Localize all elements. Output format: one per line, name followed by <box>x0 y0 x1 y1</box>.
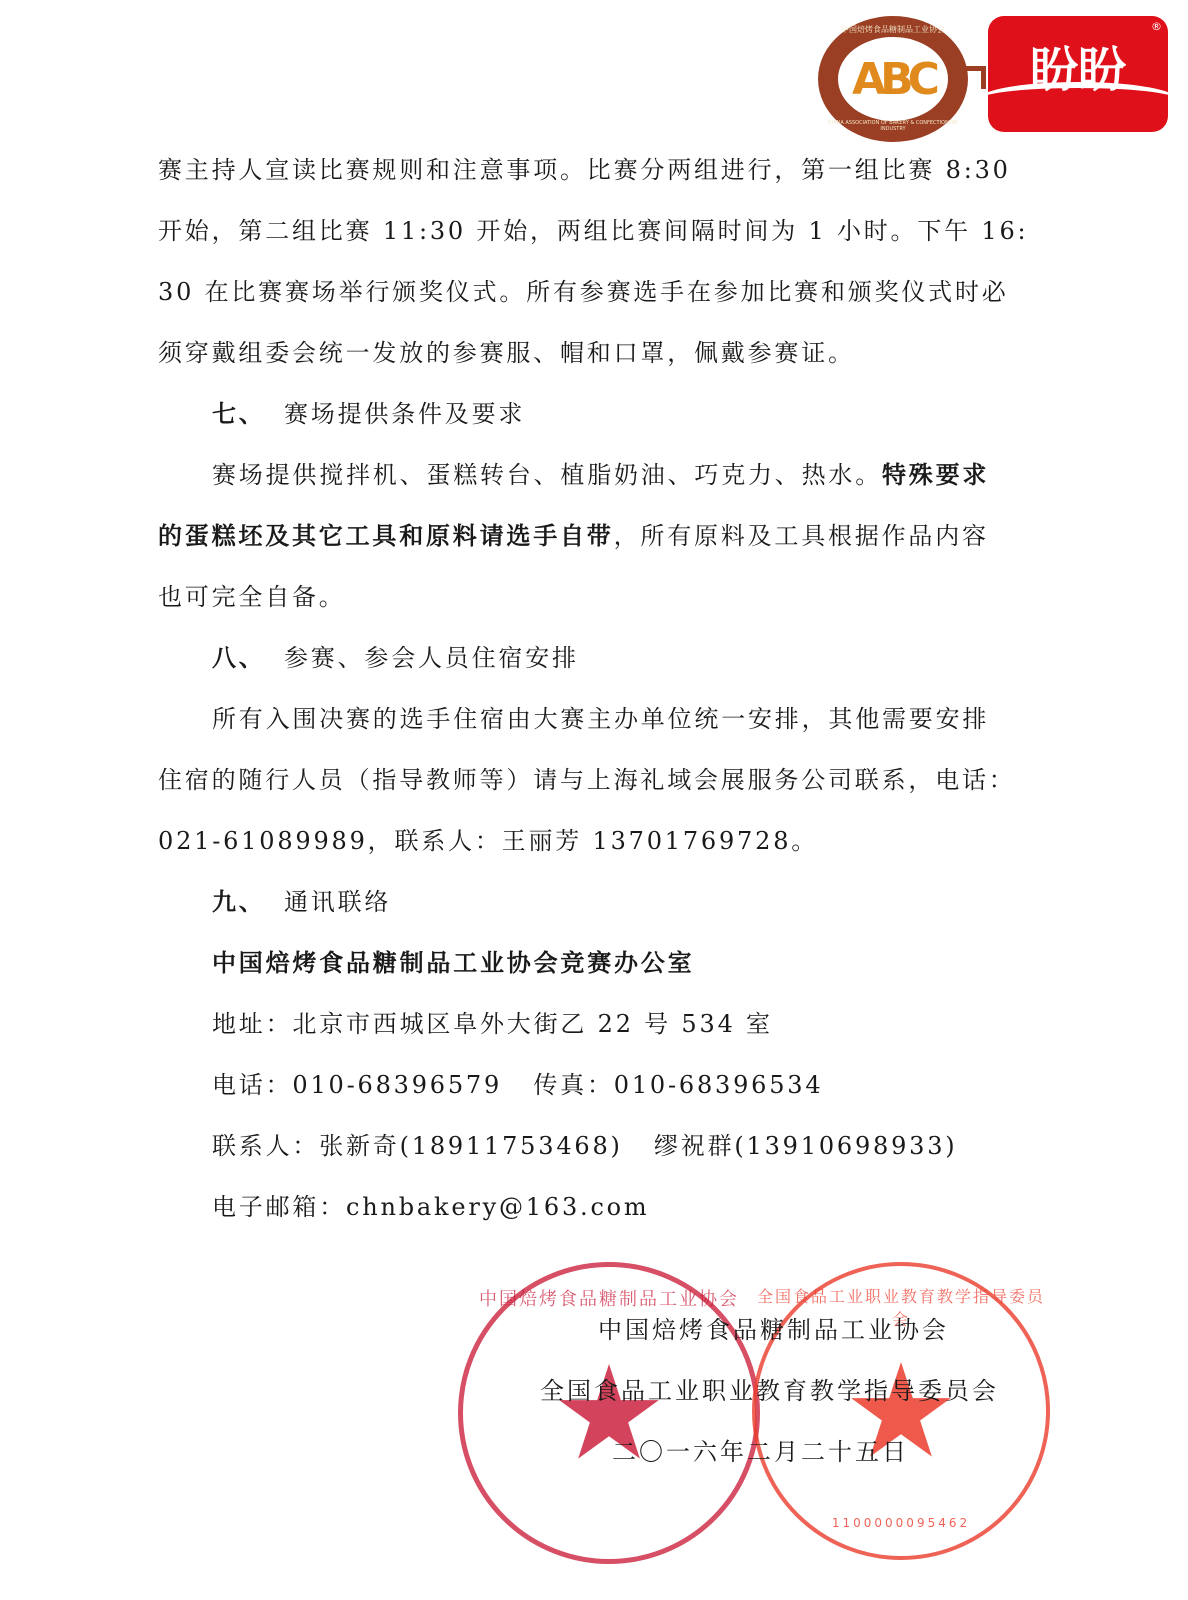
section-7-line-1: 赛场提供搅拌机、蛋糕转台、植脂奶油、巧克力、热水。特殊要求 <box>212 455 989 495</box>
section-number: 七、 <box>212 394 284 434</box>
section-7-bold-text: 特殊要求 <box>882 460 989 489</box>
section-8-line-3: 021-61089989，联系人：王丽芳 13701769728。 <box>158 821 818 861</box>
association-seal-stamp: 中国焙烤食品糖制品工业协会 ★ <box>458 1262 760 1564</box>
logo-c-tail-shape <box>959 66 986 89</box>
header-logos: 中国焙烤食品糖制品工业协会 ABC CHINA ASSOCIATION OF B… <box>818 10 1178 140</box>
section-7-line-2: 的蛋糕坯及其它工具和原料请选手自带，所有原料及工具根据作品内容 <box>158 516 989 556</box>
association-logo: 中国焙烤食品糖制品工业协会 ABC CHINA ASSOCIATION OF B… <box>818 16 968 142</box>
brand-logo: 盼盼 ® <box>988 16 1168 132</box>
intro-line-3: 30 在比赛赛场举行颁奖仪式。所有参赛选手在参加比赛和颁奖仪式时必 <box>158 272 1009 312</box>
association-ring-text: 中国焙烤食品糖制品工业协会 <box>818 24 968 35</box>
stamp-arc-text: 中国焙烤食品糖制品工业协会 <box>463 1285 755 1311</box>
phone-fax: 电话：010-68396579 传真：010-68396534 <box>212 1065 823 1105</box>
association-mark: ABC <box>838 37 948 121</box>
section-8-line-1: 所有入围决赛的选手住宿由大赛主办单位统一安排，其他需要安排 <box>212 699 989 739</box>
registered-mark-icon: ® <box>1151 20 1162 33</box>
stamp-code: 1100000095462 <box>756 1516 1046 1530</box>
section-7-heading: 七、赛场提供条件及要求 <box>212 394 525 434</box>
section-8-heading: 八、参赛、参会人员住宿安排 <box>212 638 579 678</box>
signature-org-2: 全国食品工业职业教育教学指导委员会 <box>540 1371 999 1411</box>
section-7-text: ，所有原料及工具根据作品内容 <box>614 522 989 550</box>
contacts: 联系人：张新奇(18911753468) 缪祝群(13910698933) <box>212 1126 957 1166</box>
address: 地址：北京市西城区阜外大街乙 22 号 534 室 <box>212 1004 773 1044</box>
office-name: 中国焙烤食品糖制品工业协会竞赛办公室 <box>212 943 694 983</box>
committee-seal-stamp: 全国食品工业职业教育教学指导委员会 ★ 1100000095462 <box>752 1262 1050 1560</box>
section-7-line-3: 也可完全自备。 <box>158 577 346 617</box>
section-7-text: 赛场提供搅拌机、蛋糕转台、植脂奶油、巧克力、热水。 <box>212 461 882 489</box>
section-title: 赛场提供条件及要求 <box>284 400 525 428</box>
intro-line-1: 赛主持人宣读比赛规则和注意事项。比赛分两组进行，第一组比赛 8:30 <box>158 150 1011 190</box>
signature-org-1: 中国焙烤食品糖制品工业协会 <box>598 1310 949 1350</box>
section-title: 通讯联络 <box>284 888 391 916</box>
email: 电子邮箱：chnbakery@163.com <box>212 1187 650 1227</box>
section-8-line-2: 住宿的随行人员（指导教师等）请与上海礼域会展服务公司联系，电话： <box>158 760 1016 800</box>
section-7-bold-text: 的蛋糕坯及其它工具和原料请选手自带 <box>158 521 614 550</box>
section-9-heading: 九、通讯联络 <box>212 882 391 922</box>
intro-line-2: 开始，第二组比赛 11:30 开始，两组比赛间隔时间为 1 小时。下午 16: <box>158 211 1028 251</box>
section-number: 九、 <box>212 882 284 922</box>
section-number: 八、 <box>212 638 284 678</box>
association-ring-text-en: CHINA ASSOCIATION OF BAKERY & CONFECTION… <box>818 120 968 132</box>
intro-line-4: 须穿戴组委会统一发放的参赛服、帽和口罩，佩戴参赛证。 <box>158 333 855 373</box>
section-title: 参赛、参会人员住宿安排 <box>284 644 579 672</box>
signature-date: 二〇一六年二月二十五日 <box>612 1432 909 1472</box>
brand-wave-shape <box>988 82 1168 118</box>
